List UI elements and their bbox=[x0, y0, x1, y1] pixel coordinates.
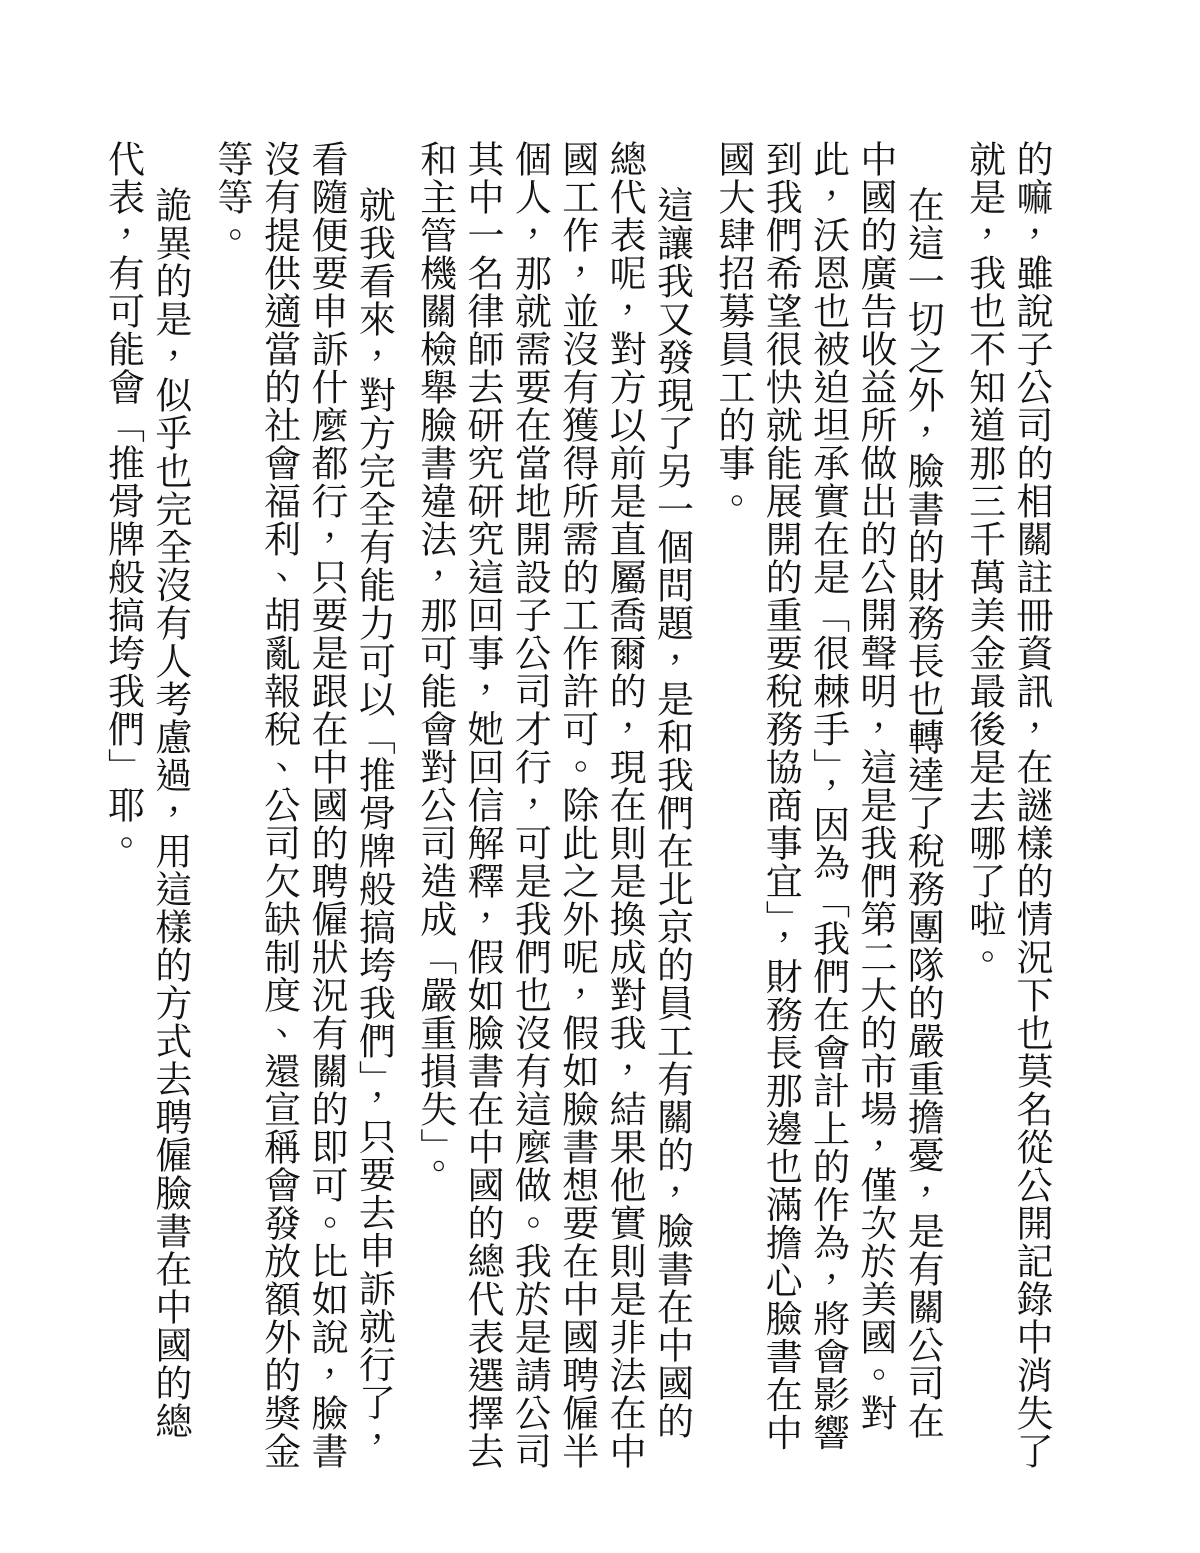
paragraph: 這讓我又發現了另一個問題，是和我們在北京的員工有關的，臉書在中國的總代表呢，對方… bbox=[411, 140, 695, 1470]
paragraph: 就我看來，對方完全有能力可以「推骨牌般搞垮我們」，只要去申訴就行了，看隨便要申訴… bbox=[208, 140, 397, 1470]
paragraph: 在這一切之外，臉書的財務長也轉達了稅務團隊的嚴重擔憂，是有關公司在中國的廣告收益… bbox=[709, 140, 946, 1470]
book-page: 的嘛，雖說子公司的相關註冊資訊，在謎樣的情況下也莫名從公開記錄中消失了就是，我也… bbox=[0, 0, 1200, 1553]
paragraph-continuation: 的嘛，雖說子公司的相關註冊資訊，在謎樣的情況下也莫名從公開記錄中消失了就是，我也… bbox=[960, 140, 1055, 1470]
vertical-text-block: 的嘛，雖說子公司的相關註冊資訊，在謎樣的情況下也莫名從公開記錄中消失了就是，我也… bbox=[145, 140, 1055, 1470]
paragraph: 詭異的是，似乎也完全沒有人考慮過，用這樣的方式去聘僱臉書在中國的總代表，有可能會… bbox=[99, 140, 194, 1470]
